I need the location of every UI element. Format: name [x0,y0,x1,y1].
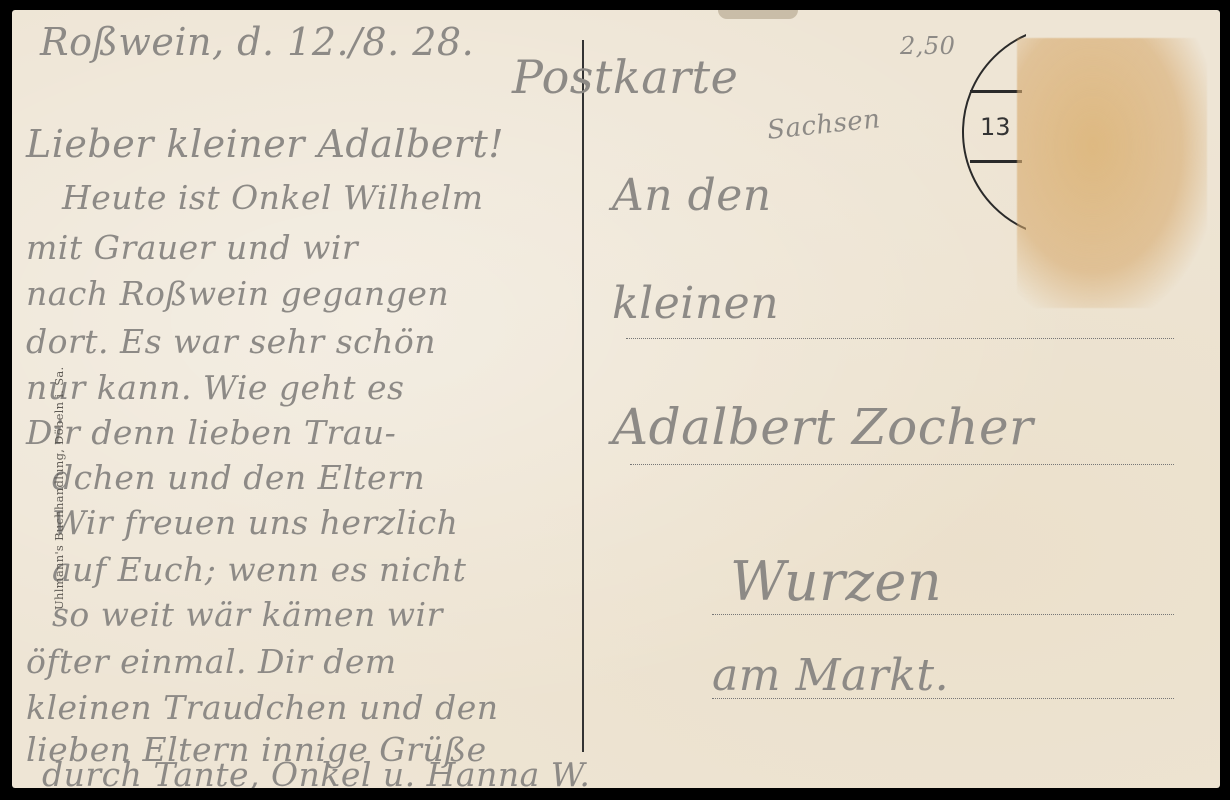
address-line-1: An den [612,170,772,221]
address-line-3: Adalbert Zocher [612,398,1033,456]
postmark-bar [970,90,1022,93]
pencil-note: Sachsen [766,104,882,146]
address-dotted-line [626,338,1174,339]
message-line: nach Roßwein gegangen [26,274,449,313]
message-line: so weit wär kämen wir [52,595,443,634]
center-divider [582,40,584,752]
postmark-date: 13 [980,113,1011,141]
address-dotted-line [712,698,1174,699]
address-dotted-line [712,614,1174,615]
salutation: Lieber kleiner Adalbert! [26,122,504,166]
address-dotted-line [630,464,1174,465]
message-line: mit Grauer und wir [26,228,358,267]
dateline: Roßwein, d. 12./8. 28. [40,20,474,64]
message-line: durch Tante, Onkel u. Hanna W. [42,755,590,788]
address-line-4: Wurzen [730,550,942,613]
message-line: Wir freuen uns herzlich [52,503,458,542]
printer-imprint: Uhlmann's Buchhandlung, Döbeln i. Sa. [52,367,66,611]
message-line: dort. Es war sehr schön [26,322,436,361]
postkarte-heading: Postkarte [512,50,738,104]
stamp-removed-stain [1017,38,1207,308]
torn-edge [718,10,798,19]
price-note: 2,50 [900,32,955,60]
message-line: auf Euch; wenn es nicht [52,550,466,589]
message-line: dchen und den Eltern [52,458,425,497]
message-line: kleinen Traudchen und den [26,688,499,727]
address-line-5: am Markt. [712,650,949,701]
postmark-bar [970,160,1022,163]
message-line: Dir denn lieben Trau- [26,413,396,452]
message-line: nur kann. Wie geht es [26,368,404,407]
address-line-2: kleinen [612,278,779,329]
message-line: öfter einmal. Dir dem [26,642,397,681]
postcard: Roßwein, d. 12./8. 28. Lieber kleiner Ad… [12,10,1220,788]
message-line: Heute ist Onkel Wilhelm [62,178,484,217]
